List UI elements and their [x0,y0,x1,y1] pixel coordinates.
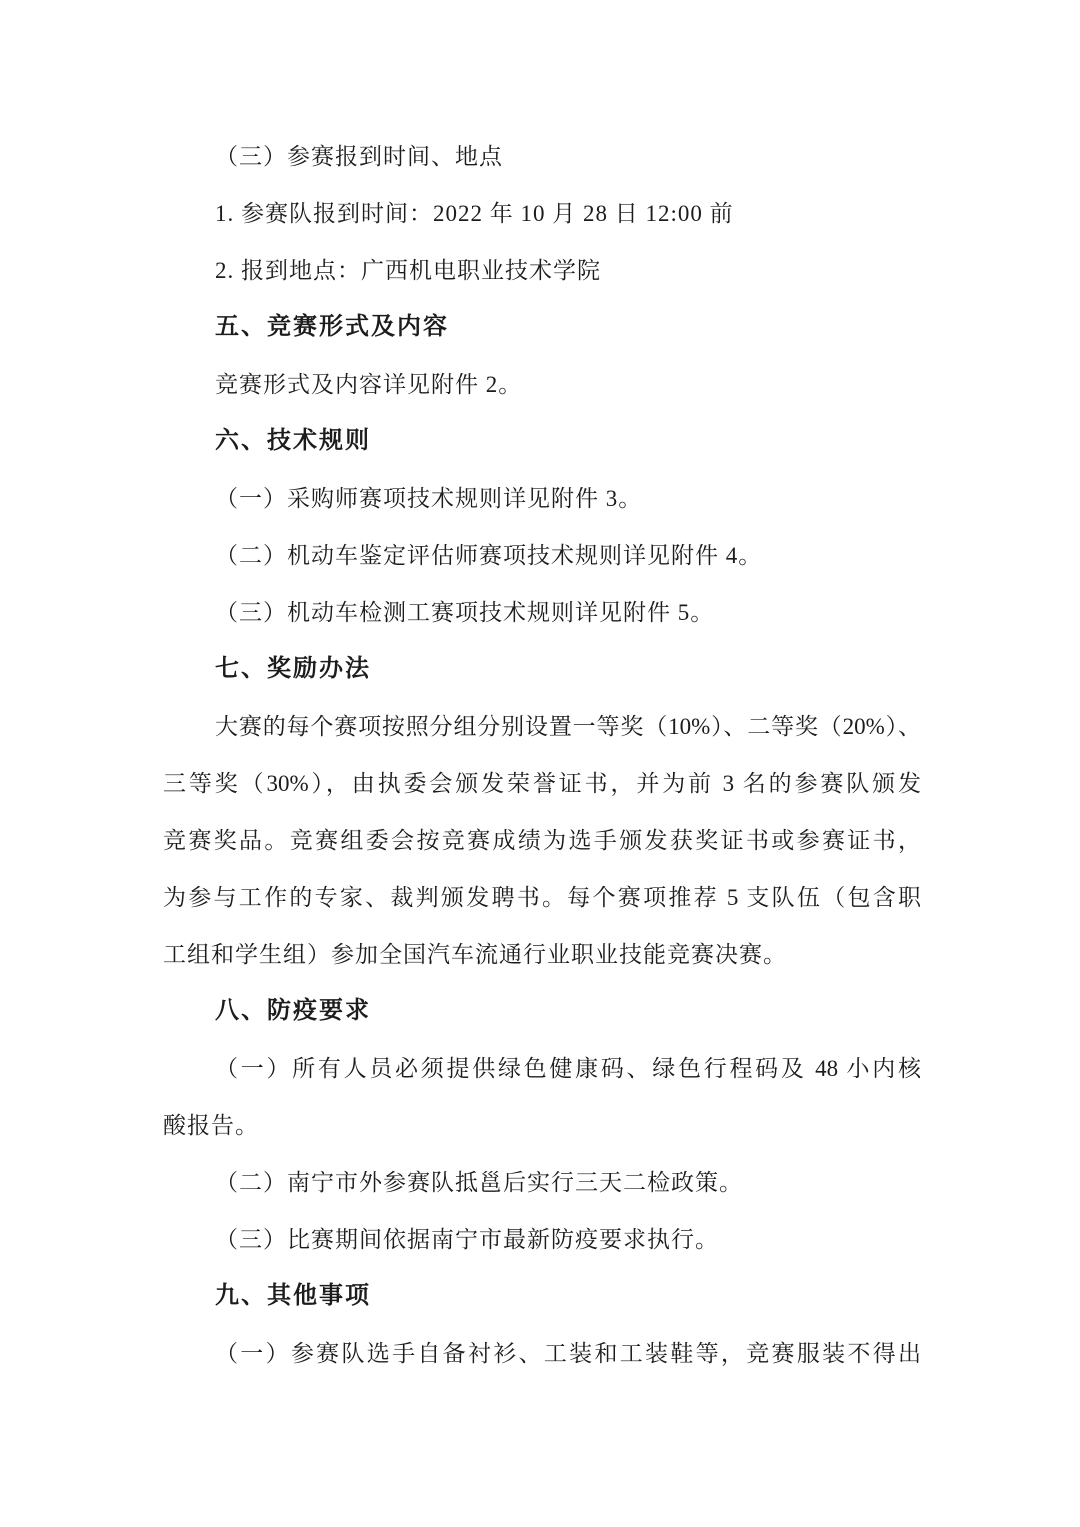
section-heading: 七、奖励办法 [163,641,921,698]
document-line: （三）比赛期间依据南宁市最新防疫要求执行。 [163,1211,921,1268]
document-line: 大赛的每个赛项按照分组分别设置一等奖（10%）、二等奖（20%）、 [163,698,921,755]
document-line: （二）南宁市外参赛队抵邕后实行三天二检政策。 [163,1154,921,1211]
section-heading: 九、其他事项 [163,1268,921,1325]
document-line: （一）所有人员必须提供绿色健康码、绿色行程码及 48 小内核 [163,1040,921,1097]
document-line: 竞赛奖品。竞赛组委会按竞赛成绩为选手颁发获奖证书或参赛证书， [163,812,921,869]
document-line: 工组和学生组）参加全国汽车流通行业职业技能竞赛决赛。 [163,926,921,983]
document-line: 三等奖（30%），由执委会颁发荣誉证书，并为前 3 名的参赛队颁发 [163,755,921,812]
document-line: 竞赛形式及内容详见附件 2。 [163,356,921,413]
document-line: 为参与工作的专家、裁判颁发聘书。每个赛项推荐 5 支队伍（包含职 [163,869,921,926]
document-line: 酸报告。 [163,1097,921,1154]
page-background: { "page": { "background": "#ffffff", "te… [0,0,1080,1527]
document-line: 1. 参赛队报到时间：2022 年 10 月 28 日 12:00 前 [163,185,921,242]
document-line: （三）参赛报到时间、地点 [163,128,921,185]
section-heading: 八、防疫要求 [163,983,921,1040]
document-line: （一）参赛队选手自备衬衫、工装和工装鞋等，竞赛服装不得出 [163,1325,921,1382]
document-line: （三）机动车检测工赛项技术规则详见附件 5。 [163,584,921,641]
document-line: （二）机动车鉴定评估师赛项技术规则详见附件 4。 [163,527,921,584]
document-body: （三）参赛报到时间、地点1. 参赛队报到时间：2022 年 10 月 28 日 … [163,128,921,1382]
section-heading: 五、竞赛形式及内容 [163,299,921,356]
document-line: 2. 报到地点：广西机电职业技术学院 [163,242,921,299]
section-heading: 六、技术规则 [163,413,921,470]
document-line: （一）采购师赛项技术规则详见附件 3。 [163,470,921,527]
